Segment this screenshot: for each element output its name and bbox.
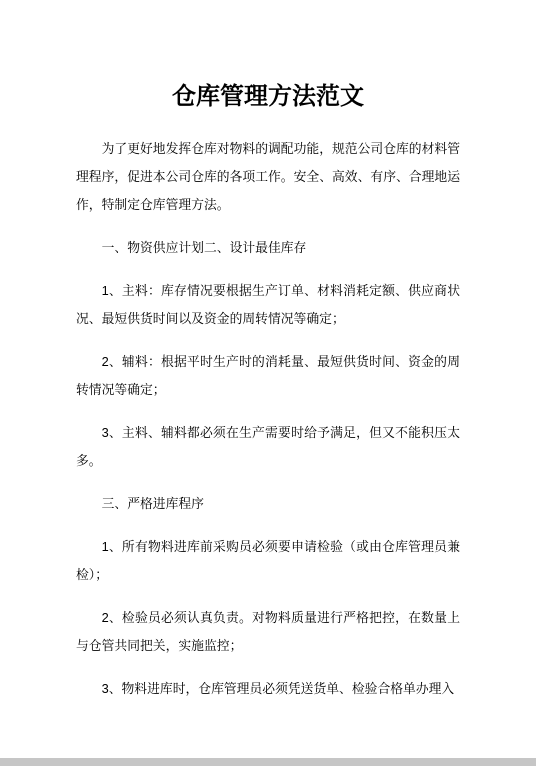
page-edge-strip [0, 758, 536, 766]
list-item-main-materials: 1、主料：库存情况要根据生产订单、材料消耗定额、供应商状况、最短供货时间以及资金… [76, 277, 460, 333]
document-content: 仓库管理方法范文 为了更好地发挥仓库对物料的调配功能，规范公司仓库的材料管理程序… [0, 0, 536, 703]
section-heading-inbound-procedure: 三、严格进库程序 [76, 490, 460, 518]
section-heading-supply-plan: 一、物资供应计划二、设计最佳库存 [76, 234, 460, 262]
list-item-auxiliary-materials: 2、辅料：根据平时生产时的消耗量、最短供货时间、资金的周转情况等确定； [76, 348, 460, 404]
document-title: 仓库管理方法范文 [76, 0, 460, 112]
list-item-inspector-duty: 2、检验员必须认真负责。对物料质量进行严格把控，在数量上与仓管共同把关，实施监控… [76, 604, 460, 660]
intro-paragraph: 为了更好地发挥仓库对物料的调配功能，规范公司仓库的材料管理程序，促进本公司仓库的… [76, 135, 460, 219]
document-page: 仓库管理方法范文 为了更好地发挥仓库对物料的调配功能，规范公司仓库的材料管理程序… [0, 0, 536, 766]
list-item-inspection-request: 1、所有物料进库前采购员必须要申请检验（或由仓库管理员兼检）； [76, 533, 460, 589]
list-item-materials-supply: 3、主料、辅料都必须在生产需要时给予满足，但又不能积压太多。 [76, 419, 460, 475]
list-item-inbound-documents: 3、物料进库时，仓库管理员必须凭送货单、检验合格单办理入 [76, 675, 460, 703]
